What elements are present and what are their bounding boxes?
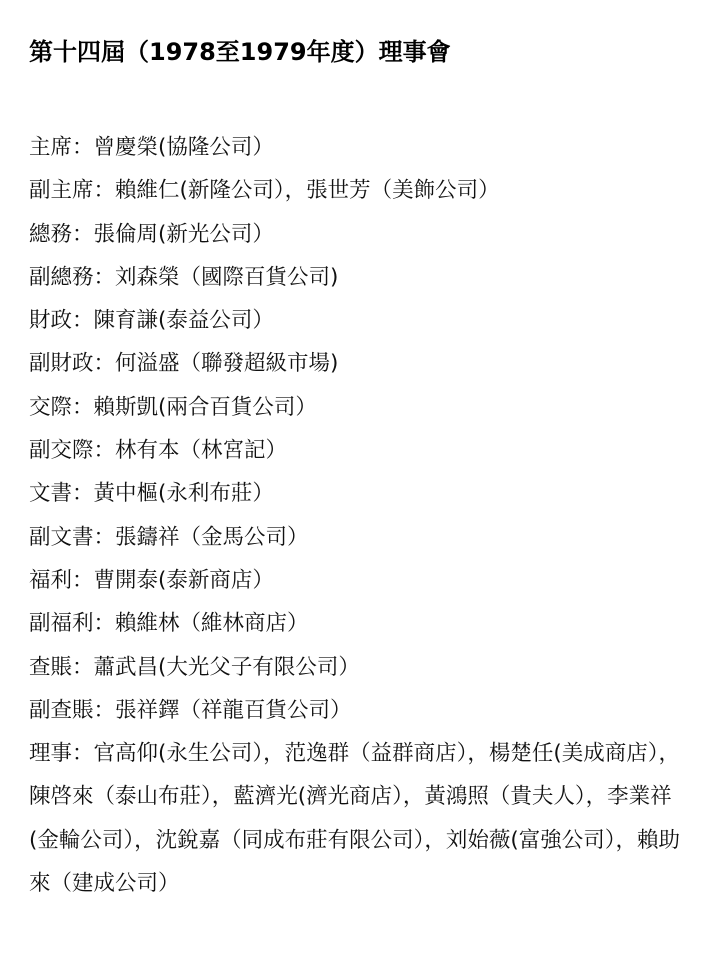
roster-item-vice-public-relations: 副交際：林有本（林宮記） bbox=[29, 429, 689, 472]
roster-item-vice-general-affairs: 副總務：刘森榮（國際百貨公司) bbox=[29, 256, 689, 299]
roster-item-secretary: 文書：黃中樞(永利布莊） bbox=[29, 472, 689, 515]
roster-item-vice-secretary: 副文書：張鑄祥（金馬公司） bbox=[29, 516, 689, 559]
roster-item-general-affairs: 總務：張倫周(新光公司） bbox=[29, 213, 689, 256]
roster-item-chairman: 主席：曾慶榮(協隆公司） bbox=[29, 126, 689, 169]
roster-item-auditor: 查賬：蕭武昌(大光父子有限公司） bbox=[29, 646, 689, 689]
roster-item-welfare: 福利：曹開泰(泰新商店） bbox=[29, 559, 689, 602]
roster-item-public-relations: 交際：賴斯凱(兩合百貨公司） bbox=[29, 386, 689, 429]
roster-item-vice-auditor: 副查賬：張祥鐸（祥龍百貨公司） bbox=[29, 689, 689, 732]
roster-item-treasurer: 財政：陳育謙(泰益公司） bbox=[29, 299, 689, 342]
page-title: 第十四屆（1978至1979年度）理事會 bbox=[29, 34, 451, 70]
roster-item-vice-chairman: 副主席：賴維仁(新隆公司），張世芳（美飾公司） bbox=[29, 169, 689, 212]
roster-item-vice-welfare: 副福利：賴維林（維林商店） bbox=[29, 602, 689, 645]
roster-item-directors: 理事：官高仰(永生公司），范逸群（益群商店），楊楚任(美成商店），陳啓來（泰山布… bbox=[29, 732, 689, 905]
board-roster-list: 主席：曾慶榮(協隆公司） 副主席：賴維仁(新隆公司），張世芳（美飾公司） 總務：… bbox=[29, 126, 689, 905]
roster-item-vice-treasurer: 副財政：何溢盛（聯發超級市場) bbox=[29, 342, 689, 385]
